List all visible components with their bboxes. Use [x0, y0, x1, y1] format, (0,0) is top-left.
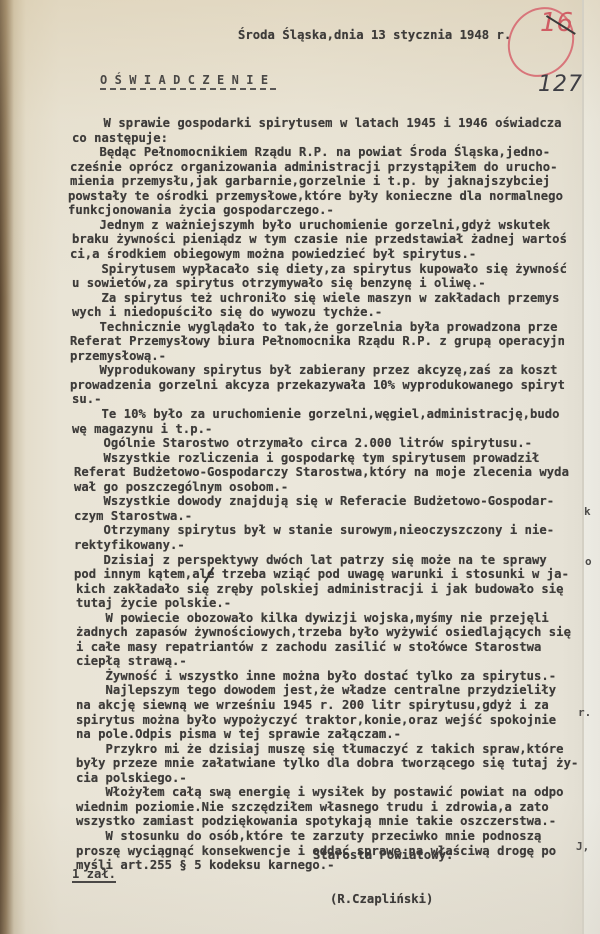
body-line: mienia przemysłu,jak garbarnie,gorzelnie… — [70, 174, 550, 188]
body-line: spirytus można było wypożyczyć traktor,k… — [76, 713, 556, 727]
body-line: cześnie oprócz organizowania administrac… — [70, 160, 558, 174]
body-line: cia polskiego.- — [76, 771, 187, 785]
body-line: kich zakładało się zręby polskiej admini… — [76, 582, 564, 596]
body-line: ci,a środkiem obiegowym można powiedzieć… — [70, 247, 476, 261]
body-line: co następuje: — [72, 131, 168, 145]
body-line: ciepłą strawą.- — [76, 654, 187, 668]
body-line: W powiecie obozowało kilka dywizji wojsk… — [76, 611, 549, 625]
body-line: prowadzenia gorzelni akcyza przekazywała… — [70, 378, 565, 392]
body-line: na akcję siewną we wrześniu 1945 r. 200 … — [76, 698, 549, 712]
body-line: Ogólnie Starostwo otrzymało circa 2.000 … — [74, 436, 532, 450]
margin-mark-o: o — [585, 555, 592, 568]
document-title: OŚWIADCZENIE — [100, 73, 276, 90]
place-and-date: Środa Śląska,dnia 13 stycznia 1948 r. — [238, 28, 511, 42]
body-line: tutaj życie polskie.- — [76, 596, 231, 610]
body-line: Włożyłem całą swą energię i wysiłek by p… — [76, 785, 564, 799]
body-line: Najlepszym tego dowodem jest,że władze c… — [76, 683, 556, 697]
margin-mark-r: r. — [578, 706, 591, 719]
underlying-sheet-edge — [582, 0, 584, 934]
body-line: wę magazynu i t.p.- — [72, 422, 212, 436]
body-line: Wszystkie dowody znajdują się w Referaci… — [74, 494, 554, 508]
body-line: Spirytusem wypłacało się diety,za spiryt… — [72, 262, 567, 276]
body-line: powstały te ośrodki przemysłowe,które by… — [68, 189, 563, 203]
body-line: Dzisiaj z perspektywy dwóch lat patrzy s… — [74, 553, 547, 567]
margin-mark-k: k — [584, 505, 591, 518]
margin-mark-j: J, — [576, 840, 589, 853]
body-line: Referat Przemysłowy biura Pełnomocnika R… — [70, 334, 565, 348]
body-line: Otrzymany spirytus był w stanie surowym,… — [74, 523, 554, 537]
body-line: wych i niedopuściło się do wywozu tychże… — [72, 305, 382, 319]
attachment-note: 1 zał. — [72, 867, 116, 883]
body-line: su.- — [72, 392, 102, 406]
body-line: Technicznie wyglądało to tak,że gorzelni… — [70, 320, 558, 334]
body-line: Wyprodukowany spirytus był zabierany prz… — [70, 363, 558, 377]
body-line: na pole.Odpis pisma w tej sprawie załącz… — [76, 727, 401, 741]
body-line: rektyfikowany.- — [74, 538, 185, 552]
body-line: żadnych zapasów żywnościowych,trzeba był… — [76, 625, 571, 639]
body-line: przemysłową.- — [70, 349, 166, 363]
body-line: u sowietów,za spirytus otrzymywało się b… — [72, 276, 486, 290]
body-line: Będąc Pełnomocnikiem Rządu R.P. na powia… — [70, 145, 550, 159]
body-line: funkcjonowania życia gospodarczego.- — [68, 203, 334, 217]
body-line: W stosunku do osób,które te zarzuty prze… — [76, 829, 541, 843]
body-line: braku żywności pieniądz w tym czasie nie… — [72, 232, 567, 246]
body-line: wszystko zamiast podziękowania spotykają… — [76, 814, 556, 828]
body-line: Za spirytus też uchroniło się wiele masz… — [72, 291, 560, 305]
body-line: były przeze mnie załatwiane tylko dla do… — [76, 756, 578, 770]
body-line: W sprawie gospodarki spirytusem w latach… — [74, 116, 562, 130]
signature-name: (R.Czapliński) — [330, 892, 433, 906]
body-line: Żywność i wszystko inne można było dosta… — [76, 669, 556, 683]
body-line: Referat Budżetowo-Gospodarczy Starostwa,… — [74, 465, 569, 479]
body-line: pod innym kątem,ale trzeba wziąć pod uwa… — [74, 567, 569, 581]
folio-number: 127 — [538, 72, 583, 97]
body-line: i całe masy repatriantów z zachodu zasil… — [76, 640, 541, 654]
body-line: Jednym z ważniejszymh było uruchomienie … — [70, 218, 550, 232]
body-line: czym Starostwa.- — [74, 509, 192, 523]
body-line: Wszystkie rozliczenia i gospodarkę tym s… — [74, 451, 539, 465]
body-line: wiednim poziomie.Nie szczędziłem własneg… — [76, 800, 549, 814]
body-line: Te 10% było za uruchomienie gorzelni,węg… — [72, 407, 560, 421]
body-line: wał go poszczególnym osobom.- — [74, 480, 288, 494]
signature-title: Starosta Powiatowy: — [313, 848, 453, 862]
document-page: Środa Śląska,dnia 13 stycznia 1948 r. 16… — [0, 0, 600, 934]
body-line: Przykro mi że dzisiaj muszę się tłumaczy… — [76, 742, 564, 756]
